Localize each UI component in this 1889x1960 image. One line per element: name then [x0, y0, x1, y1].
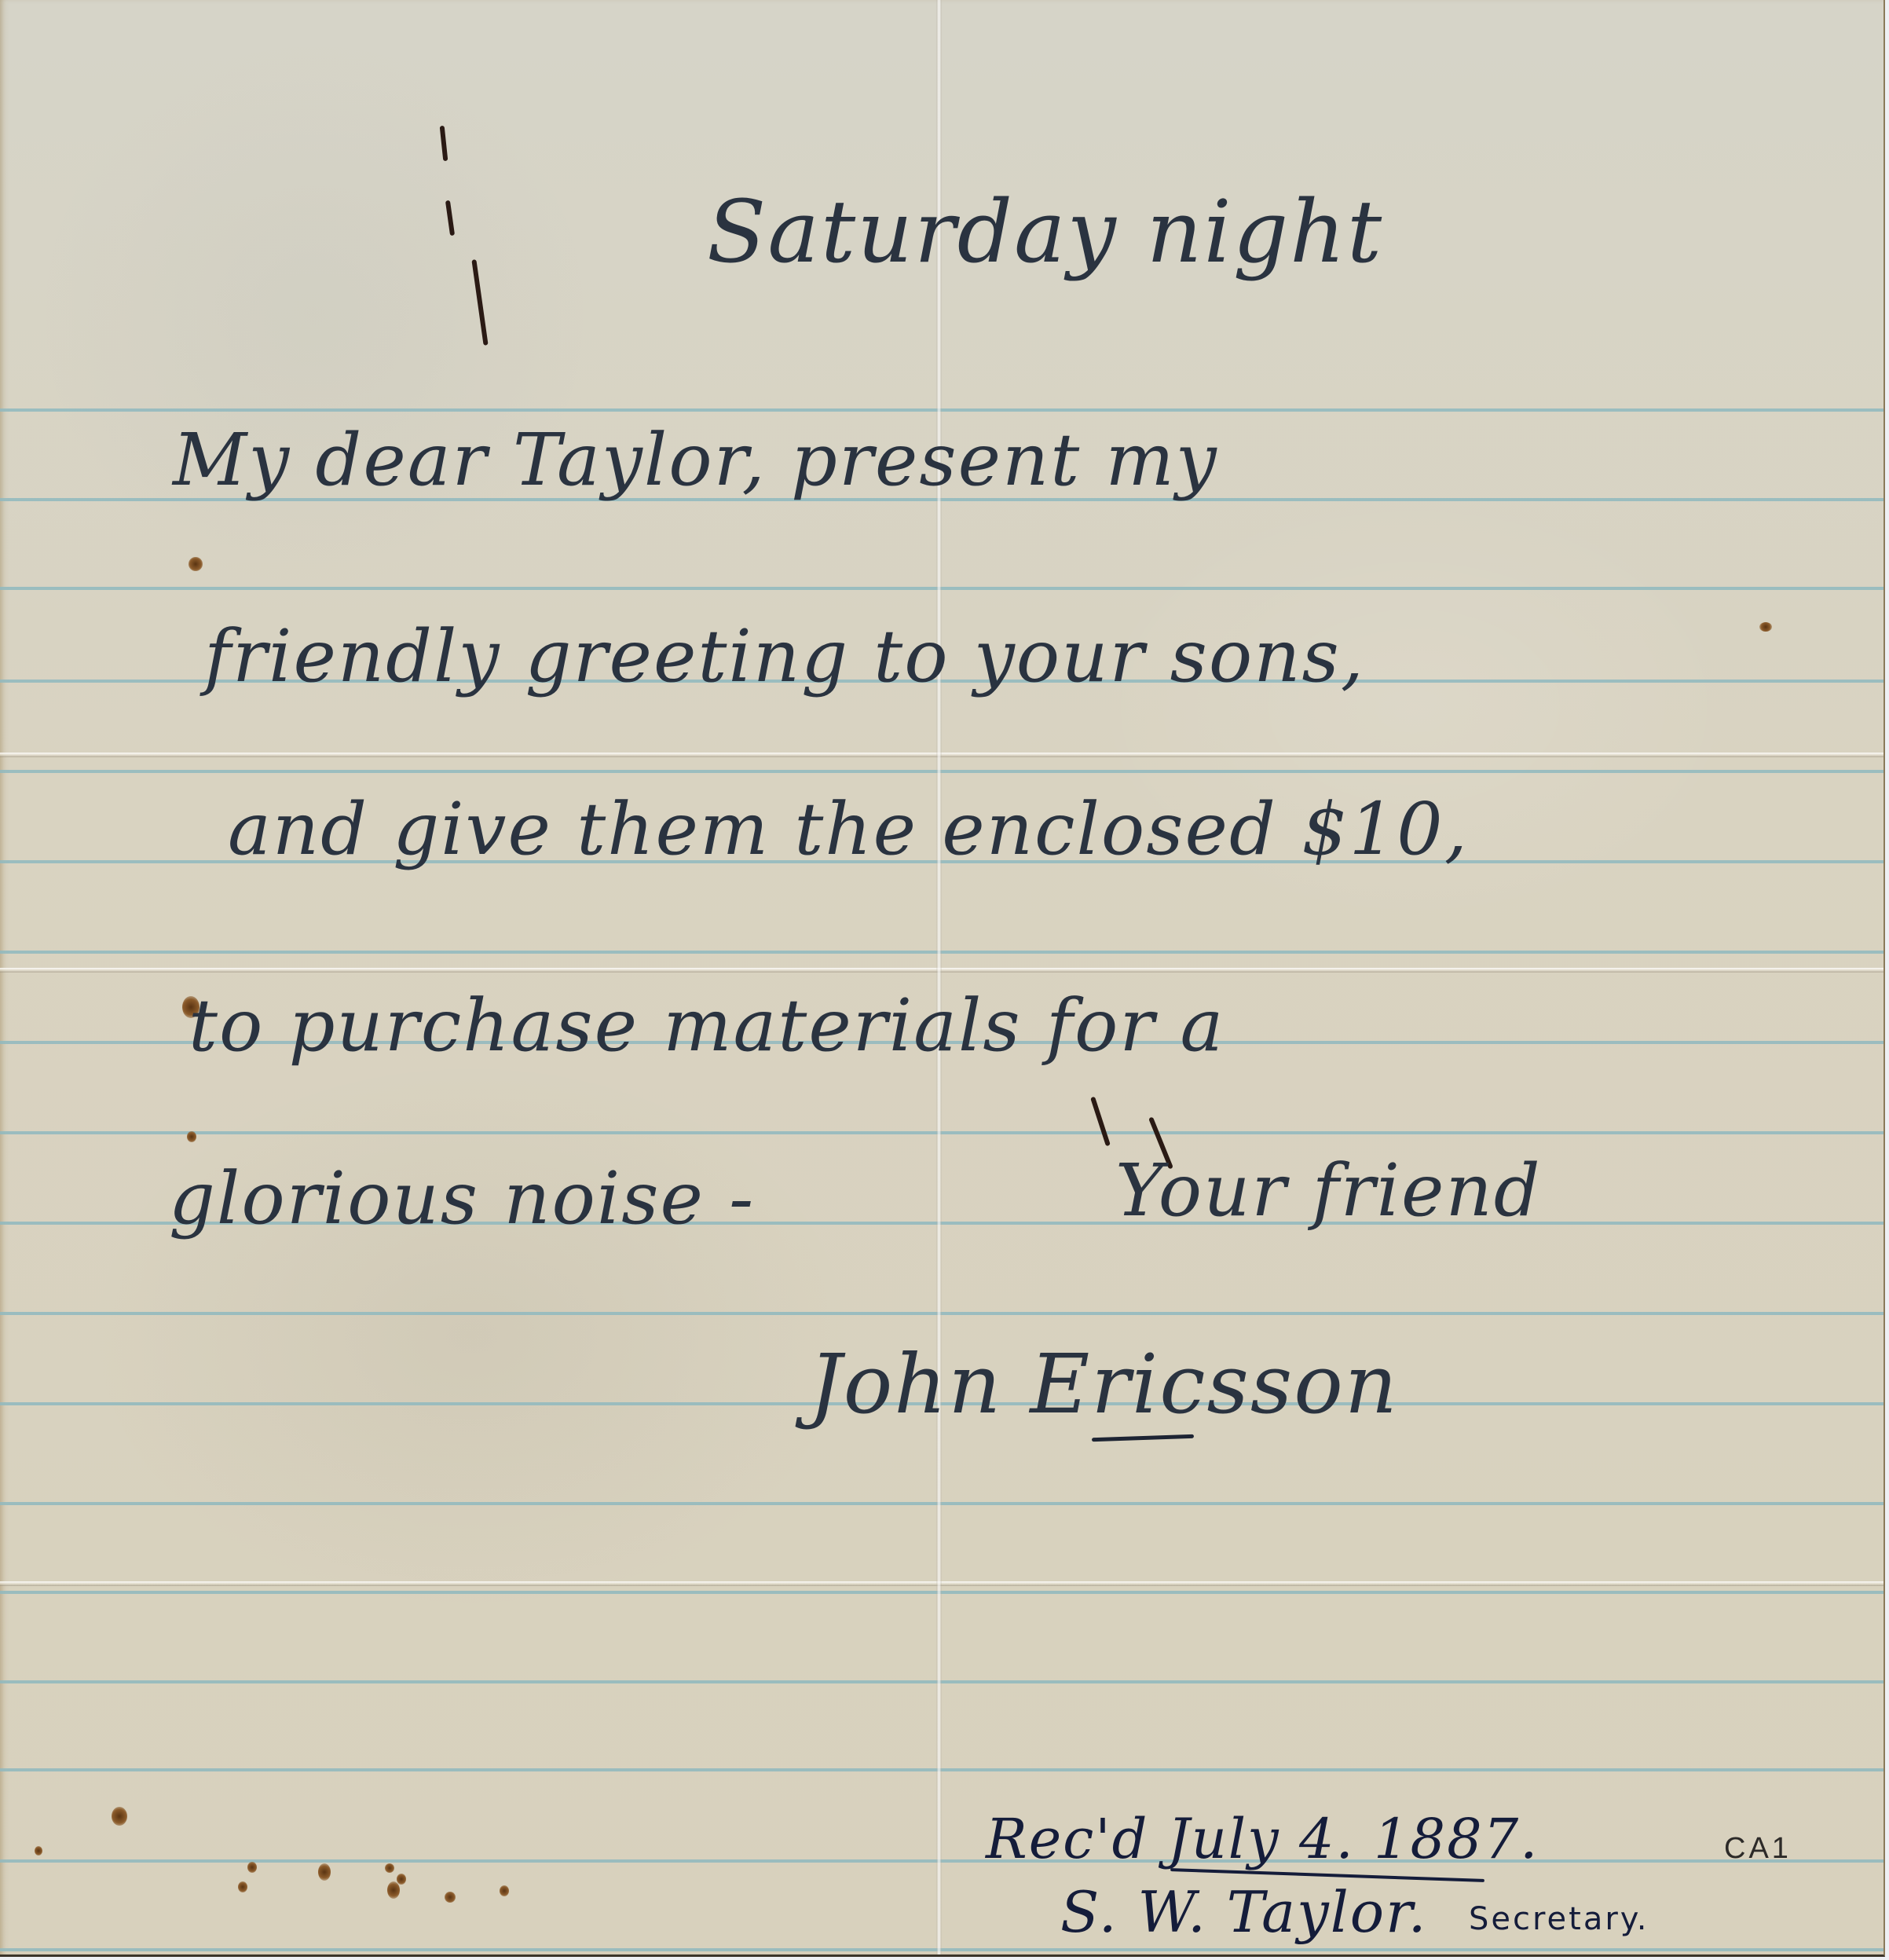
- ink-mark: [471, 259, 488, 346]
- foxing-stain: [187, 1131, 196, 1142]
- received-date: Rec'd July 4. 1887.: [986, 1807, 1539, 1871]
- letter-line-3: and give them the enclosed $10,: [228, 793, 1469, 866]
- foxing-stain: [445, 1892, 456, 1903]
- ink-mark: [445, 200, 455, 236]
- fold-crease: [0, 753, 1884, 757]
- fold-crease: [0, 1581, 1884, 1586]
- foxing-stain: [238, 1881, 247, 1892]
- foxing-stain: [318, 1863, 331, 1881]
- rule-line: [0, 1591, 1884, 1594]
- foxing-stain: [387, 1881, 400, 1899]
- fold-crease-vertical: [936, 0, 942, 1955]
- signature-underline: [1092, 1434, 1194, 1442]
- closing: Your friend: [1115, 1155, 1542, 1227]
- rule-line: [0, 1312, 1884, 1315]
- rule-line: [0, 1502, 1884, 1505]
- rule-line: [0, 587, 1884, 590]
- rule-line: [0, 408, 1884, 412]
- letter-line-1: My dear Taylor, present my: [173, 424, 1218, 496]
- signer-title: Secretary.: [1469, 1901, 1649, 1937]
- rule-line: [0, 1131, 1884, 1134]
- dateline: Saturday night: [707, 189, 1383, 275]
- rule-line: [0, 1948, 1884, 1951]
- rule-line: [0, 770, 1884, 773]
- letter-line-2: friendly greeting to your sons,: [204, 621, 1365, 693]
- foxing-stain: [1759, 622, 1772, 632]
- foxing-stain: [385, 1863, 394, 1873]
- rule-line: [0, 1680, 1884, 1683]
- archive-code: CA1: [1724, 1832, 1792, 1866]
- rule-line: [0, 1768, 1884, 1771]
- ink-mark: [440, 126, 448, 161]
- rule-line: [0, 1859, 1884, 1863]
- signature: John Ericsson: [809, 1343, 1399, 1425]
- foxing-stain: [247, 1862, 257, 1873]
- fold-crease: [0, 968, 1884, 973]
- foxing-stain: [112, 1807, 127, 1826]
- foxing-stain: [397, 1874, 406, 1885]
- letter-line-5: glorious noise -: [169, 1163, 755, 1235]
- letter-page: Saturday night My dear Taylor, present m…: [0, 0, 1885, 1957]
- rule-line: [0, 951, 1884, 954]
- foxing-stain: [35, 1846, 42, 1856]
- foxing-stain: [500, 1885, 509, 1896]
- letter-line-4: to purchase materials for a: [189, 990, 1225, 1062]
- foxing-stain: [189, 557, 203, 571]
- ink-mark: [1090, 1097, 1111, 1147]
- receipt-signer: S. W. Taylor.: [1060, 1879, 1428, 1945]
